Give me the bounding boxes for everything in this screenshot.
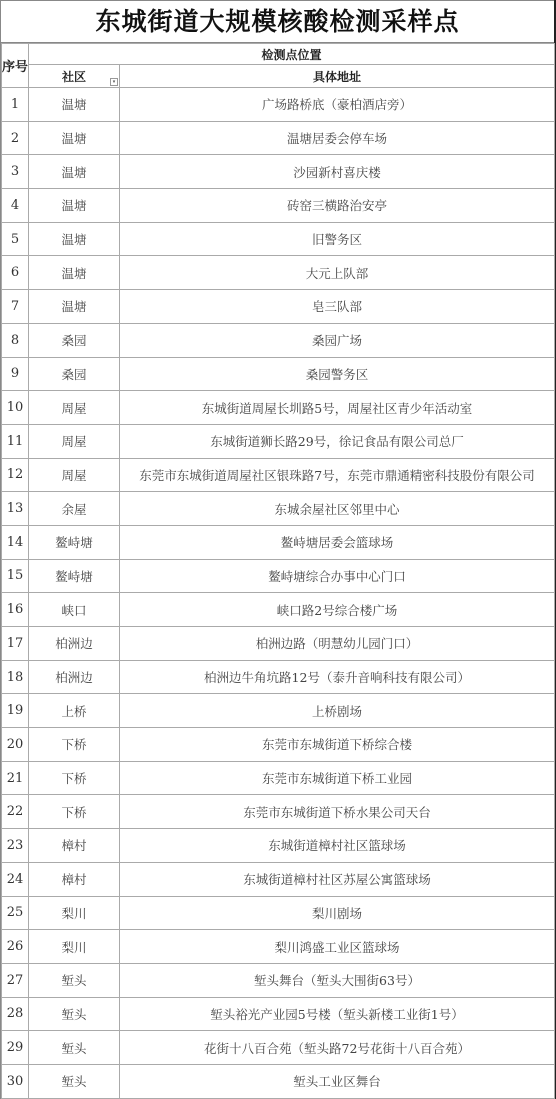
address-cell: 东莞市东城街道下桥综合楼 [120, 728, 555, 762]
row-number: 13 [2, 492, 29, 526]
table-row: 2温塘温塘居委会停车场 [2, 121, 555, 155]
table-row: 19上桥上桥剧场 [2, 694, 555, 728]
address-cell: 东城余屋社区邻里中心 [120, 492, 555, 526]
community-cell: 柏洲边 [29, 660, 120, 694]
table-row: 10周屋东城街道周屋长圳路5号，周屋社区青少年活动室 [2, 391, 555, 425]
table-row: 22下桥东莞市东城街道下桥水果公司天台 [2, 795, 555, 829]
address-cell: 花街十八百合苑（堑头路72号花街十八百合苑） [120, 1031, 555, 1065]
table-row: 14鳌峙塘鳌峙塘居委会篮球场 [2, 525, 555, 559]
address-cell: 东城街道樟村社区苏屋公寓篮球场 [120, 862, 555, 896]
column-group-location: 检测点位置 [29, 44, 555, 65]
community-cell: 上桥 [29, 694, 120, 728]
community-cell: 柏洲边 [29, 627, 120, 661]
address-cell: 堑头裕光产业园5号楼（堑头新楼工业街1号） [120, 997, 555, 1031]
address-cell: 砖窑三横路治安亭 [120, 189, 555, 223]
table-row: 18柏洲边柏洲边牛角坑路12号（泰升音响科技有限公司） [2, 660, 555, 694]
row-number: 1 [2, 88, 29, 122]
address-cell: 柏洲边牛角坑路12号（泰升音响科技有限公司） [120, 660, 555, 694]
row-number: 7 [2, 290, 29, 324]
table-row: 15鳌峙塘鳌峙塘综合办事中心门口 [2, 559, 555, 593]
address-cell: 皂三队部 [120, 290, 555, 324]
row-number: 3 [2, 155, 29, 189]
row-number: 30 [2, 1064, 29, 1098]
address-cell: 东莞市东城街道下桥工业园 [120, 761, 555, 795]
table-row: 3温塘沙园新村喜庆楼 [2, 155, 555, 189]
row-number: 11 [2, 424, 29, 458]
address-cell: 堑头舞台（堑头大围街63号） [120, 963, 555, 997]
address-cell: 桑园警务区 [120, 357, 555, 391]
community-cell: 樟村 [29, 862, 120, 896]
row-number: 17 [2, 627, 29, 661]
community-cell: 余屋 [29, 492, 120, 526]
table-row: 23樟村东城街道樟村社区篮球场 [2, 829, 555, 863]
community-cell: 樟村 [29, 829, 120, 863]
table-row: 30堑头堑头工业区舞台 [2, 1064, 555, 1098]
address-cell: 东莞市东城街道下桥水果公司天台 [120, 795, 555, 829]
table-row: 29堑头花街十八百合苑（堑头路72号花街十八百合苑） [2, 1031, 555, 1065]
row-number: 18 [2, 660, 29, 694]
column-header-seq: 序号 [2, 44, 29, 88]
row-number: 29 [2, 1031, 29, 1065]
community-cell: 堑头 [29, 1064, 120, 1098]
table-row: 9桑园桑园警务区 [2, 357, 555, 391]
address-cell: 温塘居委会停车场 [120, 121, 555, 155]
table-row: 12周屋东莞市东城街道周屋社区银珠路7号，东莞市鼎通精密科技股份有限公司 [2, 458, 555, 492]
row-number: 26 [2, 930, 29, 964]
address-cell: 东莞市东城街道周屋社区银珠路7号，东莞市鼎通精密科技股份有限公司 [120, 458, 555, 492]
address-cell: 峡口路2号综合楼广场 [120, 593, 555, 627]
community-cell: 下桥 [29, 761, 120, 795]
community-cell: 温塘 [29, 121, 120, 155]
community-cell: 堑头 [29, 997, 120, 1031]
row-number: 4 [2, 189, 29, 223]
address-cell: 广场路桥底（豪柏酒店旁） [120, 88, 555, 122]
table-body: 1温塘广场路桥底（豪柏酒店旁）2温塘温塘居委会停车场3温塘沙园新村喜庆楼4温塘砖… [2, 88, 555, 1099]
address-cell: 梨川剧场 [120, 896, 555, 930]
table-row: 25梨川梨川剧场 [2, 896, 555, 930]
address-cell: 鳌峙塘综合办事中心门口 [120, 559, 555, 593]
row-number: 24 [2, 862, 29, 896]
row-number: 21 [2, 761, 29, 795]
community-cell: 梨川 [29, 896, 120, 930]
community-cell: 温塘 [29, 88, 120, 122]
table-row: 28堑头堑头裕光产业园5号楼（堑头新楼工业街1号） [2, 997, 555, 1031]
row-number: 23 [2, 829, 29, 863]
table-row: 5温塘旧警务区 [2, 222, 555, 256]
row-number: 5 [2, 222, 29, 256]
row-number: 12 [2, 458, 29, 492]
address-cell: 东城街道狮长路29号，徐记食品有限公司总厂 [120, 424, 555, 458]
address-cell: 东城街道周屋长圳路5号，周屋社区青少年活动室 [120, 391, 555, 425]
community-header-label: 社区 [62, 70, 86, 84]
row-number: 22 [2, 795, 29, 829]
community-cell: 梨川 [29, 930, 120, 964]
table-row: 13余屋东城余屋社区邻里中心 [2, 492, 555, 526]
address-cell: 上桥剧场 [120, 694, 555, 728]
row-number: 2 [2, 121, 29, 155]
address-cell: 梨川鸿盛工业区篮球场 [120, 930, 555, 964]
table-row: 20下桥东莞市东城街道下桥综合楼 [2, 728, 555, 762]
table-row: 16峡口峡口路2号综合楼广场 [2, 593, 555, 627]
table-row: 24樟村东城街道樟村社区苏屋公寓篮球场 [2, 862, 555, 896]
community-cell: 周屋 [29, 391, 120, 425]
address-cell: 堑头工业区舞台 [120, 1064, 555, 1098]
table-row: 27堑头堑头舞台（堑头大围街63号） [2, 963, 555, 997]
row-number: 6 [2, 256, 29, 290]
table-row: 4温塘砖窑三横路治安亭 [2, 189, 555, 223]
address-cell: 桑园广场 [120, 323, 555, 357]
community-cell: 温塘 [29, 222, 120, 256]
table-row: 7温塘皂三队部 [2, 290, 555, 324]
community-cell: 温塘 [29, 189, 120, 223]
community-cell: 周屋 [29, 424, 120, 458]
document-title: 东城街道大规模核酸检测采样点 [1, 0, 554, 43]
row-number: 25 [2, 896, 29, 930]
community-cell: 堑头 [29, 963, 120, 997]
table-row: 21下桥东莞市东城街道下桥工业园 [2, 761, 555, 795]
row-number: 20 [2, 728, 29, 762]
address-cell: 旧警务区 [120, 222, 555, 256]
filter-dropdown-icon[interactable]: ▾ [110, 78, 118, 86]
community-cell: 堑头 [29, 1031, 120, 1065]
column-header-address: 具体地址 [120, 65, 555, 88]
row-number: 27 [2, 963, 29, 997]
community-cell: 桑园 [29, 357, 120, 391]
community-cell: 温塘 [29, 155, 120, 189]
row-number: 10 [2, 391, 29, 425]
row-number: 14 [2, 525, 29, 559]
table-row: 8桑园桑园广场 [2, 323, 555, 357]
address-cell: 柏洲边路（明慧幼儿园门口） [120, 627, 555, 661]
address-cell: 沙园新村喜庆楼 [120, 155, 555, 189]
row-number: 28 [2, 997, 29, 1031]
row-number: 9 [2, 357, 29, 391]
community-cell: 下桥 [29, 795, 120, 829]
address-cell: 鳌峙塘居委会篮球场 [120, 525, 555, 559]
sampling-sites-table: 序号 检测点位置 社区 ▾ 具体地址 1温塘广场路桥底（豪柏酒店旁）2温塘温塘居… [1, 43, 555, 1099]
table-row: 11周屋东城街道狮长路29号，徐记食品有限公司总厂 [2, 424, 555, 458]
table-row: 26梨川梨川鸿盛工业区篮球场 [2, 930, 555, 964]
row-number: 15 [2, 559, 29, 593]
table-row: 1温塘广场路桥底（豪柏酒店旁） [2, 88, 555, 122]
community-cell: 鳌峙塘 [29, 559, 120, 593]
community-cell: 鳌峙塘 [29, 525, 120, 559]
spreadsheet: 东城街道大规模核酸检测采样点 序号 检测点位置 社区 ▾ 具体地址 1温塘广场路… [0, 0, 556, 1099]
community-cell: 温塘 [29, 290, 120, 324]
row-number: 16 [2, 593, 29, 627]
table-row: 6温塘大元上队部 [2, 256, 555, 290]
row-number: 8 [2, 323, 29, 357]
community-cell: 下桥 [29, 728, 120, 762]
row-number: 19 [2, 694, 29, 728]
community-cell: 周屋 [29, 458, 120, 492]
community-cell: 桑园 [29, 323, 120, 357]
address-cell: 东城街道樟村社区篮球场 [120, 829, 555, 863]
community-cell: 温塘 [29, 256, 120, 290]
table-row: 17柏洲边柏洲边路（明慧幼儿园门口） [2, 627, 555, 661]
column-header-community: 社区 ▾ [29, 65, 120, 88]
address-cell: 大元上队部 [120, 256, 555, 290]
community-cell: 峡口 [29, 593, 120, 627]
